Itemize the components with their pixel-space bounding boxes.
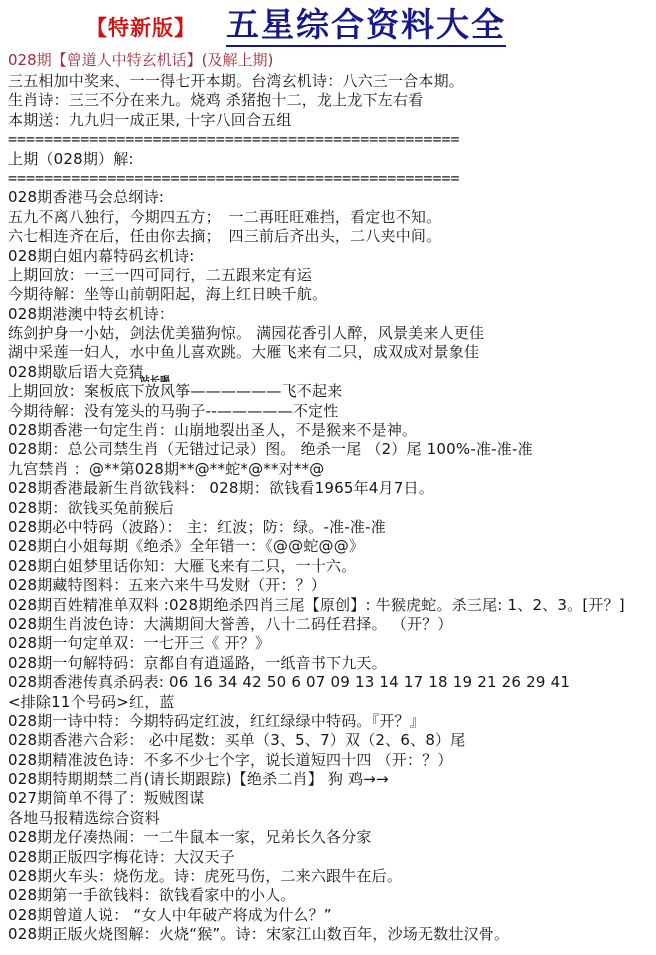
watermark-text: 站长喝 (140, 372, 170, 382)
text-line: 028期香港传真杀码表: 06 16 34 42 50 6 07 09 13 1… (8, 673, 656, 692)
divider-line: ========================================… (8, 169, 656, 188)
text-line: 三五相加中奖来、一一得七开本期。台湾玄机诗：八六三一合本期。 (8, 72, 656, 91)
tip-sheet-page: 【特新版】 五星综合资料大全 028期【曾道人中特玄机话】(及解上期) 三五相加… (0, 0, 656, 955)
text-line: 028期香港一句定生肖：山崩地裂出圣人，不是猴来不是神。 (8, 421, 656, 440)
content-lines: 三五相加中奖来、一一得七开本期。台湾玄机诗：八六三一合本期。生肖诗：三三不分在来… (8, 72, 656, 945)
text-line: 练剑护身一小姑，剑法优美猫狗惊。 满园花香引人醉，风景美来人更佳 (8, 324, 656, 343)
text-line: 028期特期期禁二肖(请长期跟踪)【绝杀二肖】 狗 鸡→→ (8, 770, 656, 789)
text-line: 028期藏特图料：五来六来牛马发财（开：？） (8, 576, 656, 595)
text-line: 028期白小姐每期《绝杀》全年错一：《@@蛇@@》 (8, 537, 656, 556)
text-line: 028期正版四字梅花诗：大汉天子 (8, 848, 656, 867)
text-line: 上期回放：案板底下放风筝——————飞不起来 (8, 382, 656, 401)
text-line: 028期必中特码（波路）： 主：红波；防：绿。-准-准-准 (8, 518, 656, 537)
text-line: 028期港澳中特玄机诗： (8, 305, 656, 324)
text-line: 028期香港最新生肖欲钱料： 028期：欲钱看1965年4月7日。 (8, 479, 656, 498)
text-line: 湖中采莲一妇人，水中鱼儿喜欢跳。大雁飞来有二只，成双成对景象佳 (8, 343, 656, 362)
text-line: 上期（028期）解: (8, 150, 656, 169)
page-title: 五星综合资料大全 (226, 7, 506, 46)
text-line: 028期香港马会总纲诗: (8, 188, 656, 207)
text-line: 028期百姓精准单双料 :028期绝杀四肖三尾【原创】: 牛猴虎蛇。杀三尾: 1… (8, 596, 656, 615)
issue-subtitle: 028期【曾道人中特玄机话】(及解上期) (8, 50, 656, 71)
text-line: <排除11个号码>红，蓝 (8, 693, 656, 712)
text-line: 028期精准波色诗：不多不少七个字，说长道短四十四 （开：？） (8, 751, 656, 770)
text-line: 上期回放：一三一四可同行，二五跟来定有运 (8, 266, 656, 285)
text-line: 028期火车头：烧伤龙。诗：虎死马伤，二来六跟牛在后。 (8, 867, 656, 886)
edition-badge: 【特新版】 (86, 12, 196, 42)
text-line: 028期歇后语大竞猜站长喝 (8, 363, 656, 382)
text-line: 各地马报精选综合资料 (8, 809, 656, 828)
text-line: 028期白姐内幕特码玄机诗: (8, 247, 656, 266)
text-line: 028期香港六合彩： 必中尾数：买单（3、5、7）双（2、6、8）尾 (8, 731, 656, 750)
text-line: 028期一句定单双：一七开三《 开？》 (8, 634, 656, 653)
text-line: 028期：总公司禁生肖（无错过记录）图。 绝杀一尾 （2）尾 100%-准-准-… (8, 440, 656, 459)
text-line: 028期一句解特码：京都自有逍遥路，一纸音书下九天。 (8, 654, 656, 673)
text-line: 028期正版火烧图解：火烧“猴”。诗：宋家江山数百年，沙场无数壮汉骨。 (8, 925, 656, 944)
divider-line: ========================================… (8, 130, 656, 149)
page-header: 【特新版】 五星综合资料大全 (8, 4, 656, 50)
text-line: 028期白姐梦里话你知：大雁飞来有二只，一十六。 (8, 557, 656, 576)
text-line: 028期龙仔凑热闹：一二牛鼠本一家，兄弟长久各分家 (8, 828, 656, 847)
text-line: 生肖诗：三三不分在来九。烧鸡 杀猪抱十二，龙上龙下左右看 (8, 91, 656, 110)
text-line: 五九不离八独行，今期四五方； 一二再旺旺难挡，看定也不知。 (8, 208, 656, 227)
text-line: 028期生肖波色诗：大满期间大誉善，八十二码任君择。 （开？） (8, 615, 656, 634)
text-line: 九宫禁肖 ：@**第028期**@**蛇*@**对**@ (8, 460, 656, 479)
text-line: 028期第一手欲钱料：欲钱看家中的小人。 (8, 886, 656, 905)
text-line: 今期待解：没有笼头的马驹子--—————不定性 (8, 402, 656, 421)
text-line: 028期：欲钱买兔前猴后 (8, 499, 656, 518)
text-line: 本期送：九九归一成正果, 十字八回合五组 (8, 111, 656, 130)
text-line: 今期待解：坐等山前朝阳起，海上红日映千航。 (8, 285, 656, 304)
text-line: 六七相连齐在后，任由你去摘； 四三前后齐出头，二八夹中间。 (8, 227, 656, 246)
text-line: 028期曾道人说： “女人中年破产将成为什么？” (8, 906, 656, 925)
text-line: 027期简单不得了：叛贼图谋 (8, 789, 656, 808)
text-line: 028期一诗中特：今期特码定红波，红红绿绿中特码。『开？』 (8, 712, 656, 731)
